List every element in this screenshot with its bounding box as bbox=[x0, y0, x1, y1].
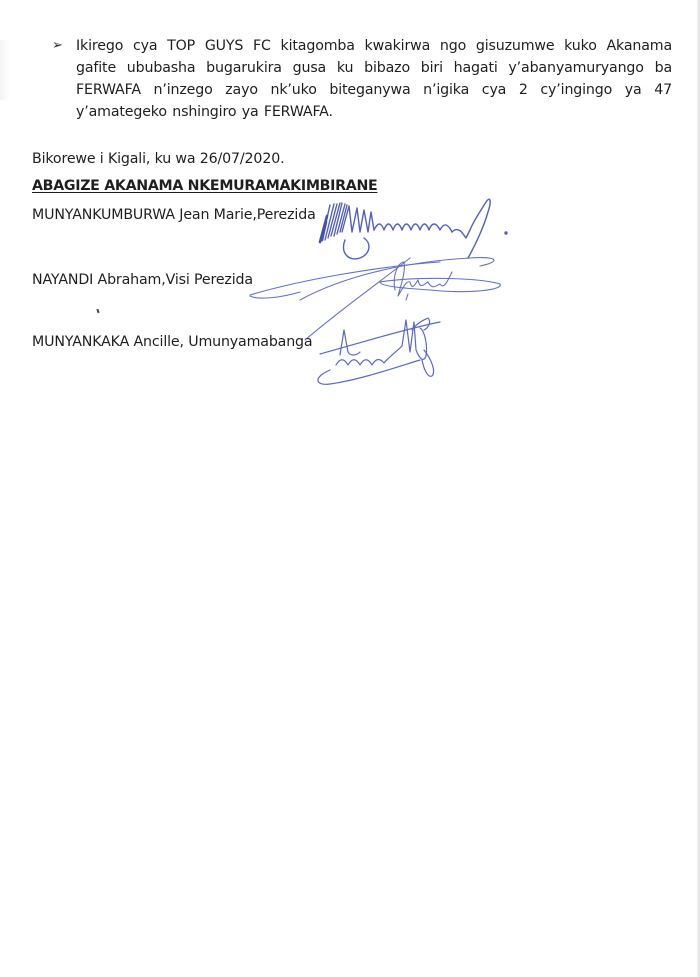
signature-vice-president-icon bbox=[250, 258, 500, 340]
bullet-text: Ikirego cya TOP GUYS FC kitagomba kwakir… bbox=[76, 35, 672, 123]
ink-speck bbox=[96, 309, 99, 313]
scan-edge-shadow bbox=[0, 40, 10, 100]
signature-secretary-icon bbox=[318, 318, 440, 384]
signatory-secretary: MUNYANKAKA Ancille, Umunyamabanga bbox=[32, 332, 312, 352]
date-line: Bikorewe i Kigali, ku wa 26/07/2020. bbox=[32, 149, 284, 169]
signature-president-icon bbox=[320, 199, 507, 259]
signatories-heading: ABAGIZE AKANAMA NKEMURAMAKIMBIRANE bbox=[32, 176, 377, 196]
arrowhead-bullet-icon: ➢ bbox=[52, 35, 63, 57]
signatory-president: MUNYANKUMBURWA Jean Marie,Perezida bbox=[32, 205, 316, 225]
bullet-paragraph: ➢ Ikirego cya TOP GUYS FC kitagomba kwak… bbox=[52, 35, 672, 123]
signatory-vice-president: NAYANDI Abraham,Visi Perezida bbox=[32, 270, 253, 290]
signatures-area bbox=[0, 0, 700, 977]
document-page: ➢ Ikirego cya TOP GUYS FC kitagomba kwak… bbox=[0, 0, 700, 977]
